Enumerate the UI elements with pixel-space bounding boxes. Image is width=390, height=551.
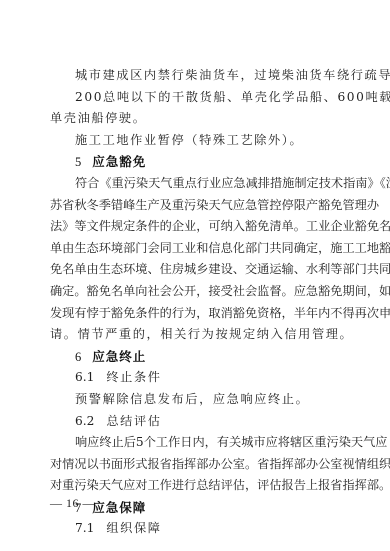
subsection-6-1-heading: 6.1终止条件 <box>50 367 340 389</box>
paragraph-line: 城市建成区内禁行柴油货车，过境柴油货车绕行疏导。 <box>50 65 340 87</box>
section-title: 应急豁免 <box>92 154 146 169</box>
subsection-number: 6.2 <box>75 414 94 428</box>
subsection-title: 组织保障 <box>106 521 161 535</box>
subsection-7-1-heading: 7.1组织保障 <box>50 518 340 540</box>
section-6-heading: 6应急终止 <box>50 346 340 368</box>
paragraph-line: 确定。豁免名单向社会公开，接受社会监督。应急豁免期间，如 <box>50 281 340 303</box>
paragraph-line: 请。情节严重的，相关行为按规定纳入信用管理。 <box>50 324 340 346</box>
subsection-6-2-heading: 6.2总结评估 <box>50 411 340 433</box>
paragraph-line: 对情况以书面形式报省指挥部办公室。省指挥部办公室视情组织 <box>50 454 340 476</box>
paragraph-line: 发现有悖于豁免条件的行为，取消豁免资格，半年内不得再次申 <box>50 303 340 325</box>
paragraph-line: 免名单由生态环境、住房城乡建设、交通运输、水利等部门共同 <box>50 259 340 281</box>
subsection-title: 总结评估 <box>106 414 161 428</box>
section-title: 应急终止 <box>92 349 146 364</box>
subsection-title: 终止条件 <box>106 370 161 384</box>
paragraph-line: 单由生态环境部门会同工业和信息化部门共同确定，施工工地豁 <box>50 238 340 260</box>
subsection-number: 6.1 <box>75 370 94 384</box>
document-page: 城市建成区内禁行柴油货车，过境柴油货车绕行疏导。 200总吨以下的干散货船、单壳… <box>0 0 390 551</box>
page-number: — 16 — <box>50 496 95 511</box>
subsection-number: 7.1 <box>75 521 94 535</box>
section-5-heading: 5应急豁免 <box>50 151 340 173</box>
paragraph-line: 施工工地作业暂停（特殊工艺除外）。 <box>50 130 340 152</box>
section-title: 应急保障 <box>92 500 146 515</box>
section-number: 5 <box>75 155 82 169</box>
paragraph-line: 对重污染天气应对工作进行总结评估，评估报告上报省指挥部。 <box>50 475 340 497</box>
paragraph-line: 预警解除信息发布后，应急响应终止。 <box>50 389 340 411</box>
paragraph-line: 单壳油船停驶。 <box>50 108 340 130</box>
section-number: 6 <box>75 350 82 364</box>
paragraph-line: 响应终止后5个工作日内，有关城市应将辖区重污染天气应 <box>50 432 340 454</box>
paragraph-line: 符合《重污染天气重点行业应急减排措施制定技术指南》《江 <box>50 173 340 195</box>
paragraph-line: 苏省秋冬季错峰生产及重污染天气应急管控停限产豁免管理办 <box>50 195 340 217</box>
paragraph-line: 200总吨以下的干散货船、单壳化学品船、600吨载重以上的 <box>50 87 340 109</box>
paragraph-line: 法》等文件规定条件的企业，可纳入豁免清单。工业企业豁免名 <box>50 216 340 238</box>
body-text: 城市建成区内禁行柴油货车，过境柴油货车绕行疏导。 200总吨以下的干散货船、单壳… <box>50 65 340 540</box>
